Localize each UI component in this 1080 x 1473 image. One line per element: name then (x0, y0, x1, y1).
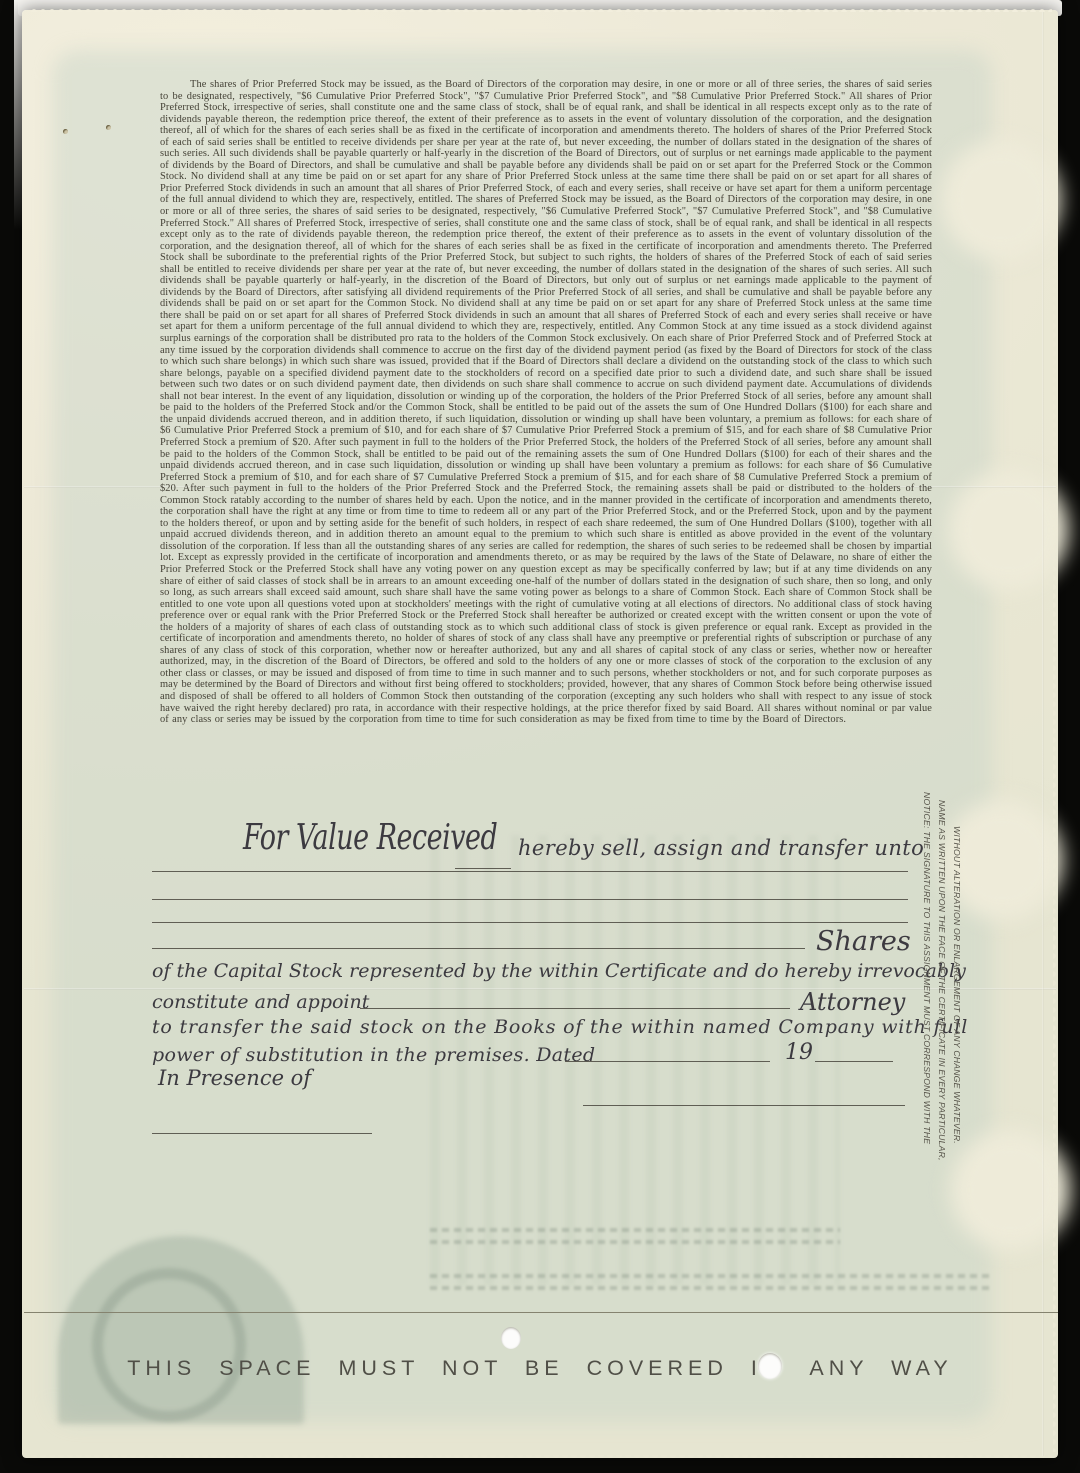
shares-amount-line (152, 948, 805, 949)
transfer-books-line-script: to transfer the said stock on the Books … (152, 1016, 968, 1038)
assignor-name-line (455, 868, 511, 869)
tint-scallop (950, 1130, 1070, 1250)
witness-line (152, 1133, 372, 1134)
attorney-label-script: Attorney (800, 988, 905, 1016)
bottom-notice: THIS SPACE MUST NOT BE COVERED IN ANY WA… (0, 1356, 1080, 1381)
pinhole (63, 129, 68, 134)
for-value-received-script: For Value Received (243, 818, 497, 858)
dated-line (565, 1061, 770, 1062)
shares-label-script: Shares (816, 926, 911, 957)
signature-notice-line-2: NAME AS WRITTEN UPON THE FACE OF THE CER… (937, 800, 947, 1161)
tint-scallop (948, 470, 1068, 590)
scanned-stock-certificate-back: The shares of Prior Preferred Stock may … (0, 0, 1080, 1473)
legal-text-paragraph: The shares of Prior Preferred Stock may … (160, 79, 932, 809)
in-presence-of-script: In Presence of (158, 1066, 311, 1090)
punch-hole-over-letter (758, 1353, 782, 1379)
pinhole (106, 125, 111, 130)
edge-crease (1042, 12, 1044, 1456)
bottom-notice-post: ANY WAY (786, 1356, 952, 1380)
capital-stock-line-script: of the Capital Stock represented by the … (152, 960, 966, 982)
punch-hole (501, 1327, 521, 1349)
attorney-name-line (360, 1008, 790, 1009)
transfer-clause-script: hereby sell, assign and transfer unto (518, 836, 924, 860)
bottom-notice-pre: THIS SPACE MUST NOT BE COVERED I (127, 1356, 762, 1380)
signature-notice-line-1: NOTICE: THE SIGNATURE TO THIS ASSIGNMENT… (922, 792, 932, 1144)
transferee-line-1 (152, 871, 908, 872)
signature-line (583, 1105, 905, 1106)
transferee-line-3 (152, 922, 908, 923)
power-substitution-script: power of substitution in the premises. D… (152, 1044, 595, 1066)
constitute-appoint-script: constitute and appoint (152, 991, 369, 1013)
transferee-line-2 (152, 899, 908, 900)
bottom-notice-obscured-wrap: N (764, 1356, 785, 1381)
year-line (815, 1061, 893, 1062)
signature-notice-line-3: WITHOUT ALTERATION OR ENLARGEMENT OF ANY… (952, 826, 962, 1144)
year-prefix-script: 19 (785, 1040, 813, 1065)
bottom-band-rule (24, 1312, 1058, 1313)
